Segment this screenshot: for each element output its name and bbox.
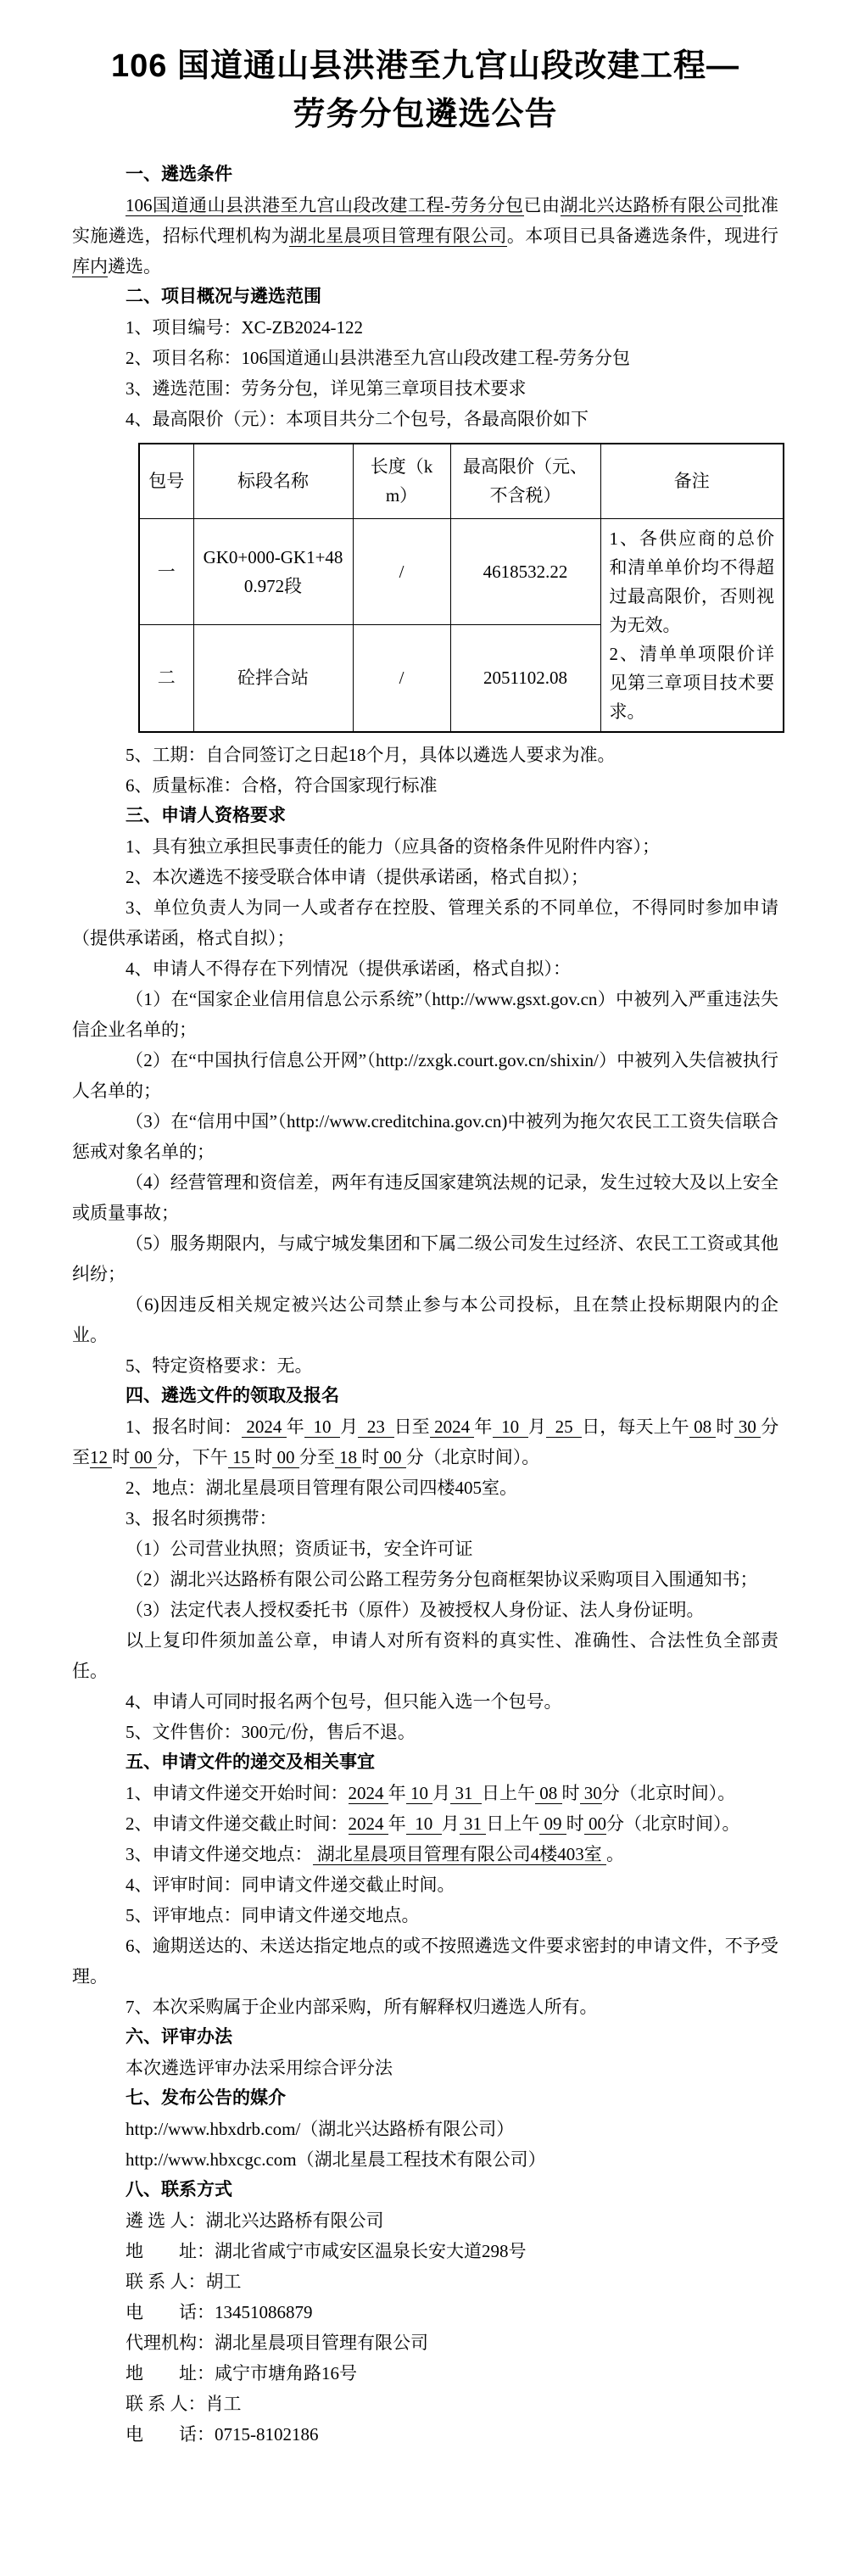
text-line: （4）经营管理和资信差，两年有违反国家建筑法规的记录，发生过较大及以上安全或质量… [72,1167,778,1228]
text-line: 1、申请文件递交开始时间：2024 年 10 月 31 日上午 08 时 30分… [72,1778,778,1808]
text-run: 6、逾期送达的、未送达指定地点的或不按照遴选文件要求密封的申请文件，不予受理。 [72,1936,778,1986]
underlined-text: 31 [460,1813,487,1835]
text-run: 1、具有独立承担民事责任的能力（应具备的资格条件见附件内容）； [126,836,660,857]
text-line: 6、质量标准：合格，符合国家现行标准 [72,770,778,801]
text-run: 4、申请人不得存在下列情况（提供承诺函，格式自拟）： [126,958,571,979]
underlined-text: 2024 [242,1417,287,1438]
text-run: 年 [474,1417,492,1437]
text-run: 年 [388,1783,406,1803]
underlined-text: 30 [734,1417,762,1438]
text-run: 1、申请文件递交开始时间： [126,1783,349,1803]
underlined-text: 106国道通山县洪港至九宫山段改建工程-劳务分包 [126,195,524,216]
text-run: 遴 选 人：湖北兴达路桥有限公司 [126,2210,384,2231]
text-run: 时 [716,1417,734,1437]
text-run: 时 [566,1813,584,1834]
text-line: 7、本次采购属于企业内部采购，所有解释权归遴选人所有。 [72,1992,778,2022]
text-line: （1）公司营业执照；资质证书，安全许可证 [72,1534,778,1564]
text-run: 3、报名时须携带： [126,1508,277,1528]
underlined-text: 09 [539,1813,566,1835]
text-run: （3）在“信用中国”（http://www.creditchina.gov.cn… [72,1111,778,1162]
underlined-text: 10 [304,1417,340,1438]
text-line: （5）服务期限内，与咸宁城发集团和下属二级公司发生过经济、农民工工资或其他纠纷； [72,1228,778,1289]
text-run: 二、项目概况与遴选范围 [126,287,321,306]
text-run: 5、特定资格要求：无。 [126,1355,313,1376]
col-header-package: 包号 [139,444,193,518]
text-line: 遴 选 人：湖北兴达路桥有限公司 [72,2205,778,2236]
cell-max-price: 2051102.08 [450,625,600,732]
text-line: 代理机构：湖北星晨项目管理有限公司 [72,2327,778,2358]
section-heading: 三、申请人资格要求 [72,801,778,831]
page-title: 106 国道通山县洪港至九宫山段改建工程— 劳务分包遴选公告 [72,42,778,139]
text-line: 5、工期：自合同签订之日起18个月，具体以遴选人要求为准。 [72,740,778,770]
text-run: 遴选。 [108,256,161,277]
underlined-text: 00 [584,1813,606,1835]
underlined-text: 25 [546,1417,582,1438]
section-heading: 八、联系方式 [72,2175,778,2205]
text-line: 本次遴选评审办法采用综合评分法 [72,2053,778,2083]
text-line: 2、申请文件递交截止时间：2024 年 10 月 31 日上午 09 时 00分… [72,1808,778,1839]
text-run: 时 [361,1447,379,1467]
section-heading: 七、发布公告的媒介 [72,2083,778,2114]
underlined-text: 2024 [349,1783,388,1804]
text-run: 7、本次采购属于企业内部采购，所有解释权归遴选人所有。 [126,1997,598,2017]
text-run: 六、评审办法 [126,2027,232,2047]
text-line: 2、本次遴选不接受联合体申请（提供承诺函，格式自拟）； [72,862,778,892]
text-run: 1、项目编号：XC-ZB2024-122 [126,317,363,338]
cell-section-name: GK0+000-GK1+480.972段 [193,518,353,625]
text-run: 3、申请文件递交地点： [126,1844,313,1864]
remark-note-2: 2、清单单项限价详见第三章项目技术要求。 [610,640,775,726]
underlined-text: 库内 [72,256,108,277]
section-heading: 五、申请文件的递交及相关事宜 [72,1747,778,1778]
table-row: 一 GK0+000-GK1+480.972段 / 4618532.22 1、各供… [139,518,784,625]
cell-package-no: 二 [139,625,193,732]
text-run: 1、报名时间： [126,1417,242,1437]
cell-length: / [353,518,450,625]
text-line: 5、文件售价：300元/份，售后不退。 [72,1717,778,1747]
text-line: 4、最高限价（元）：本项目共分二个包号，各最高限价如下 [72,404,778,434]
text-line: 联 系 人：胡工 [72,2266,778,2297]
price-table: 包号 标段名称 长度（km） 最高限价（元、不含税） 备注 一 GK0+000-… [138,443,784,733]
col-header-max-price: 最高限价（元、不含税） [450,444,600,518]
underlined-text: 18 [335,1447,362,1468]
text-run: 2、本次遴选不接受联合体申请（提供承诺函，格式自拟）； [126,867,589,887]
text-line: 联 系 人：肖工 [72,2389,778,2419]
text-run: （1）在“国家企业信用信息公示系统”（http://www.gsxt.gov.c… [72,989,778,1040]
text-line: 3、申请文件递交地点： 湖北星晨项目管理有限公司4楼403室 。 [72,1839,778,1869]
text-run: 月 [340,1417,358,1437]
text-run: 月 [528,1417,546,1437]
text-line: http://www.hbxdrb.com/（湖北兴达路桥有限公司） [72,2114,778,2144]
notice-document: 106 国道通山县洪港至九宫山段改建工程— 劳务分包遴选公告 一、遴选条件106… [0,0,848,2576]
underlined-text: 08 [535,1783,562,1804]
text-run: 地 址：湖北省咸宁市咸安区温泉长安大道298号 [126,2241,527,2261]
text-line: 4、评审时间：同申请文件递交截止时间。 [72,1869,778,1900]
underlined-text: 30 [580,1783,602,1804]
text-run: 联 系 人：肖工 [126,2394,242,2414]
text-run: 3、遴选范围：劳务分包，详见第三章项目技术要求 [126,378,527,399]
text-line: 地 址：咸宁市塘角路16号 [72,2358,778,2389]
text-line: 电 话：0715-8102186 [72,2419,778,2450]
underlined-text: 31 [450,1783,482,1804]
text-line: 5、评审地点：同申请文件递交地点。 [72,1900,778,1931]
text-line: 2、项目名称：106国道通山县洪港至九宫山段改建工程-劳务分包 [72,343,778,373]
text-run: 已由 [524,195,561,215]
page-title-line2: 劳务分包遴选公告 [72,91,778,139]
text-run: （2）在“中国执行信息公开网”（http://zxgk.court.gov.cn… [72,1050,778,1101]
content-after-table: 5、工期：自合同签订之日起18个月，具体以遴选人要求为准。6、质量标准：合格，符… [72,740,778,2450]
underlined-text: 湖北星晨项目管理有限公司4楼403室 [313,1844,607,1865]
text-line: （3）法定代表人授权委托书（原件）及被授权人身份证、法人身份证明。 [72,1595,778,1625]
text-line: 3、报名时须携带： [72,1503,778,1534]
content-before-table: 一、遴选条件106国道通山县洪港至九宫山段改建工程-劳务分包已由湖北兴达路桥有限… [72,159,778,434]
text-run: 5、评审地点：同申请文件递交地点。 [126,1905,420,1925]
cell-max-price: 4618532.22 [450,518,600,625]
section-heading: 二、项目概况与遴选范围 [72,282,778,312]
text-line: （2）在“中国执行信息公开网”（http://zxgk.court.gov.cn… [72,1045,778,1106]
text-run: 5、工期：自合同签订之日起18个月，具体以遴选人要求为准。 [126,745,616,765]
underlined-text: 2024 [349,1813,388,1835]
text-line: 电 话：13451086879 [72,2297,778,2327]
text-run: 分至 [299,1447,335,1467]
text-run: 本次遴选评审办法采用综合评分法 [126,2058,393,2078]
remark-note-1: 1、各供应商的总价和清单单价均不得超过最高限价，否则视为无效。 [610,524,775,640]
text-run: 4、最高限价（元）：本项目共分二个包号，各最高限价如下 [126,409,589,429]
cell-package-no: 一 [139,518,193,625]
text-line: 1、报名时间： 2024 年 10 月 23 日至 2024 年 10 月 25… [72,1411,778,1472]
text-run: 电 话：13451086879 [126,2302,313,2322]
text-run: 分，下午 [157,1447,228,1467]
text-run: 地 址：咸宁市塘角路16号 [126,2363,357,2383]
underlined-text: 2024 [430,1417,475,1438]
section-heading: 一、遴选条件 [72,159,778,190]
text-run: 分（北京时间）。 [602,1783,736,1803]
text-line: （1）在“国家企业信用信息公示系统”（http://www.gsxt.gov.c… [72,984,778,1045]
text-run: 3、单位负责人为同一人或者存在控股、管理关系的不同单位，不得同时参加申请（提供承… [72,897,778,948]
text-run: 日上午 [482,1783,535,1803]
text-run: （6)因违反相关规定被兴达公司禁止参与本公司投标，且在禁止投标期限内的企业。 [72,1294,778,1345]
text-run: 2、地点：湖北星晨项目管理有限公司四楼405室。 [126,1478,517,1498]
underlined-text: 12 [90,1447,112,1468]
text-run: 时 [112,1447,130,1467]
underlined-text: 00 [379,1447,406,1468]
underlined-text: 湖北兴达路桥有限公司 [561,195,743,216]
text-run: 分（北京时间）。 [606,1813,740,1834]
text-line: 4、申请人不得存在下列情况（提供承诺函，格式自拟）： [72,953,778,984]
text-run: 时 [562,1783,580,1803]
text-run: 日至 [394,1417,430,1437]
text-run: 日上午 [486,1813,539,1834]
text-run: 四、遴选文件的领取及报名 [126,1386,339,1405]
text-line: 1、具有独立承担民事责任的能力（应具备的资格条件见附件内容）； [72,831,778,862]
section-heading: 六、评审办法 [72,2022,778,2053]
page-title-line1: 106 国道通山县洪港至九宫山段改建工程— [72,42,778,91]
text-line: 3、单位负责人为同一人或者存在控股、管理关系的不同单位，不得同时参加申请（提供承… [72,892,778,953]
text-run: 八、联系方式 [126,2180,232,2199]
text-run: 。 [606,1844,624,1864]
text-run: （4）经营管理和资信差，两年有违反国家建筑法规的记录，发生过较大及以上安全或质量… [72,1172,778,1223]
text-run: 电 话：0715-8102186 [126,2424,319,2445]
text-run: 4、评审时间：同申请文件递交截止时间。 [126,1875,455,1895]
text-line: 地 址：湖北省咸宁市咸安区温泉长安大道298号 [72,2236,778,2266]
text-run: 时 [254,1447,272,1467]
text-run: 一、遴选条件 [126,165,232,184]
text-run: 月 [432,1783,450,1803]
text-run: 以上复印件须加盖公章，申请人对所有资料的真实性、准确性、合法性负全部责任。 [72,1630,778,1681]
price-table-header-row: 包号 标段名称 长度（km） 最高限价（元、不含税） 备注 [139,444,784,518]
col-header-remark: 备注 [600,444,784,518]
text-line: 1、项目编号：XC-ZB2024-122 [72,312,778,343]
cell-length: / [353,625,450,732]
text-run: 2、项目名称：106国道通山县洪港至九宫山段改建工程-劳务分包 [126,348,630,368]
text-run: （1）公司营业执照；资质证书，安全许可证 [126,1539,473,1559]
text-run: 分（北京时间）。 [406,1447,540,1467]
text-line: 5、特定资格要求：无。 [72,1350,778,1381]
underlined-text: 15 [228,1447,255,1468]
underlined-text: 10 [493,1417,528,1438]
text-run: http://www.hbxcgc.com（湖北星晨工程技术有限公司） [126,2149,546,2170]
cell-remark: 1、各供应商的总价和清单单价均不得超过最高限价，否则视为无效。 2、清单单项限价… [600,518,784,732]
text-run: 联 系 人：胡工 [126,2271,242,2292]
text-run: 4、申请人可同时报名两个包号，但只能入选一个包号。 [126,1691,562,1712]
text-line: 2、地点：湖北星晨项目管理有限公司四楼405室。 [72,1472,778,1503]
text-run: 5、文件售价：300元/份，售后不退。 [126,1722,416,1742]
text-line: 3、遴选范围：劳务分包，详见第三章项目技术要求 [72,373,778,404]
text-run: 日，每天上午 [582,1417,689,1437]
text-run: 五、申请文件的递交及相关事宜 [126,1752,375,1772]
text-line: 106国道通山县洪港至九宫山段改建工程-劳务分包已由湖北兴达路桥有限公司批准实施… [72,190,778,282]
text-line: （3）在“信用中国”（http://www.creditchina.gov.cn… [72,1106,778,1167]
text-run: （5）服务期限内，与咸宁城发集团和下属二级公司发生过经济、农民工工资或其他纠纷； [72,1233,778,1284]
text-run: （2）湖北兴达路桥有限公司公路工程劳务分包商框架协议采购项目入围通知书； [126,1569,758,1590]
text-line: http://www.hbxcgc.com（湖北星晨工程技术有限公司） [72,2144,778,2175]
underlined-text: 10 [406,1813,442,1835]
underlined-text: 湖北星晨项目管理有限公司 [289,226,506,247]
text-line: （2）湖北兴达路桥有限公司公路工程劳务分包商框架协议采购项目入围通知书； [72,1564,778,1595]
col-header-section-name: 标段名称 [193,444,353,518]
underlined-text: 23 [358,1417,393,1438]
text-line: （6)因违反相关规定被兴达公司禁止参与本公司投标，且在禁止投标期限内的企业。 [72,1289,778,1350]
text-run: 代理机构：湖北星晨项目管理有限公司 [126,2333,428,2353]
text-run: 三、申请人资格要求 [126,806,286,825]
cell-section-name: 砼拌合站 [193,625,353,732]
text-run: 年 [388,1813,406,1834]
text-run: 七、发布公告的媒介 [126,2088,286,2108]
underlined-text: 10 [406,1783,433,1804]
underlined-text: 00 [130,1447,157,1468]
text-run: 年 [287,1417,304,1437]
text-line: 4、申请人可同时报名两个包号，但只能入选一个包号。 [72,1686,778,1717]
text-run: 2、申请文件递交截止时间： [126,1813,349,1834]
text-run: 月 [442,1813,460,1834]
text-run: 6、质量标准：合格，符合国家现行标准 [126,775,438,796]
col-header-length: 长度（km） [353,444,450,518]
text-line: 6、逾期送达的、未送达指定地点的或不按照遴选文件要求密封的申请文件，不予受理。 [72,1931,778,1992]
text-run: 。本项目已具备遴选条件，现进行 [507,226,778,246]
text-run: （3）法定代表人授权委托书（原件）及被授权人身份证、法人身份证明。 [126,1600,705,1620]
underlined-text: 08 [689,1417,717,1438]
section-heading: 四、遴选文件的领取及报名 [72,1381,778,1411]
text-run: http://www.hbxdrb.com/（湖北兴达路桥有限公司） [126,2119,514,2139]
text-line: 以上复印件须加盖公章，申请人对所有资料的真实性、准确性、合法性负全部责任。 [72,1625,778,1686]
underlined-text: 00 [272,1447,299,1468]
